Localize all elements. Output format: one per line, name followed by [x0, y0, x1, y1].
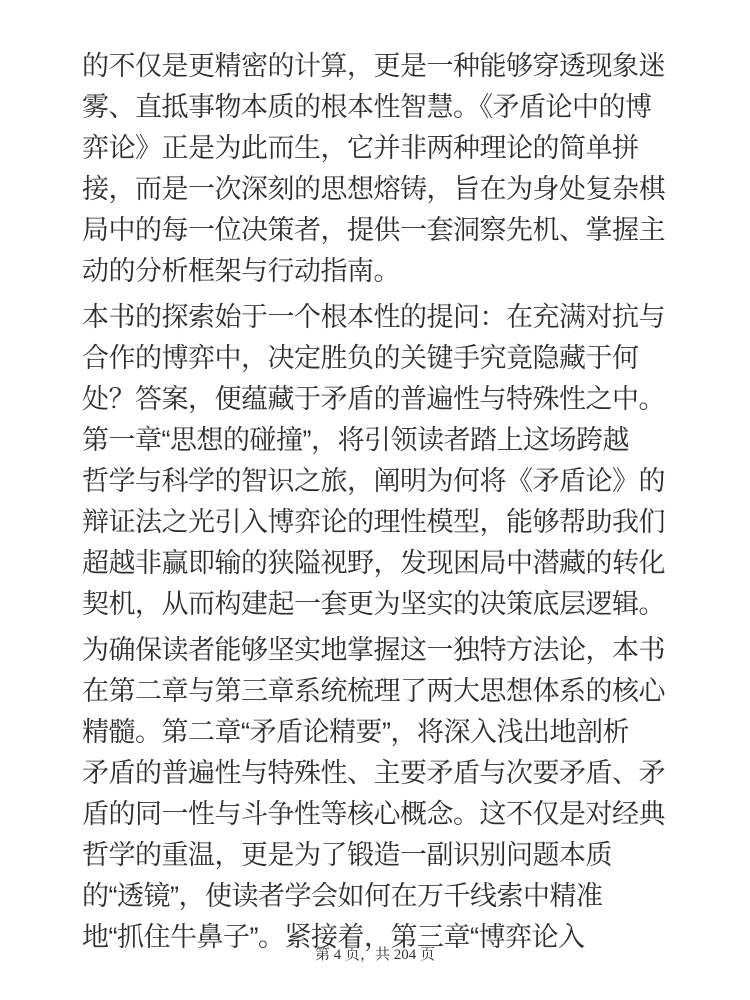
text-line: 哲学的重温，更是为了锻造一副识别问题本质	[82, 835, 682, 876]
text-line: 处？答案，便蕴藏于矛盾的普遍性与特殊性之中。	[82, 379, 682, 420]
text-line: 矛盾的普遍性与特殊性、主要矛盾与次要矛盾、矛	[82, 753, 682, 794]
document-body-text: 的不仅是更精密的计算，更是一种能够穿透现象迷雾、直抵事物本质的根本性智慧。《矛盾…	[82, 46, 682, 963]
text-line: 接，而是一次深刻的思想熔铸，旨在为身处复杂棋	[82, 169, 682, 210]
text-line: 合作的博弈中，决定胜负的关键手究竟隐藏于何	[82, 338, 682, 379]
paragraph: 本书的探索始于一个根本性的提问：在充满对抗与合作的博弈中，决定胜负的关键手究竟隐…	[82, 297, 682, 625]
text-line: 本书的探索始于一个根本性的提问：在充满对抗与	[82, 297, 682, 338]
page-number-footer: 第 4 页，共 204 页	[0, 945, 750, 965]
text-line: 在第二章与第三章系统梳理了两大思想体系的核心	[82, 671, 682, 712]
text-line: 精髓。第二章“矛盾论精要”，将深入浅出地剖析	[82, 712, 682, 753]
text-line: 第一章“思想的碰撞”，将引领读者踏上这场跨越	[82, 420, 682, 461]
text-line: 哲学与科学的智识之旅，阐明为何将《矛盾论》的	[82, 461, 682, 502]
text-line: 为确保读者能够坚实地掌握这一独特方法论，本书	[82, 630, 682, 671]
text-line: 契机，从而构建起一套更为坚实的决策底层逻辑。	[82, 584, 682, 625]
text-line: 雾、直抵事物本质的根本性智慧。《矛盾论中的博	[82, 87, 682, 128]
text-line: 超越非赢即输的狭隘视野，发现困局中潜藏的转化	[82, 543, 682, 584]
document-page: 的不仅是更精密的计算，更是一种能够穿透现象迷雾、直抵事物本质的根本性智慧。《矛盾…	[0, 0, 750, 1000]
text-line: 盾的同一性与斗争性等核心概念。这不仅是对经典	[82, 794, 682, 835]
paragraph: 为确保读者能够坚实地掌握这一独特方法论，本书在第二章与第三章系统梳理了两大思想体…	[82, 630, 682, 958]
text-line: 辩证法之光引入博弈论的理性模型，能够帮助我们	[82, 502, 682, 543]
text-line: 局中的每一位决策者，提供一套洞察先机、掌握主	[82, 210, 682, 251]
text-line: 的“透镜”，使读者学会如何在万千线索中精准	[82, 876, 682, 917]
paragraph: 的不仅是更精密的计算，更是一种能够穿透现象迷雾、直抵事物本质的根本性智慧。《矛盾…	[82, 46, 682, 292]
text-line: 动的分析框架与行动指南。	[82, 251, 682, 292]
text-line: 弈论》正是为此而生，它并非两种理论的简单拼	[82, 128, 682, 169]
text-line: 的不仅是更精密的计算，更是一种能够穿透现象迷	[82, 46, 682, 87]
